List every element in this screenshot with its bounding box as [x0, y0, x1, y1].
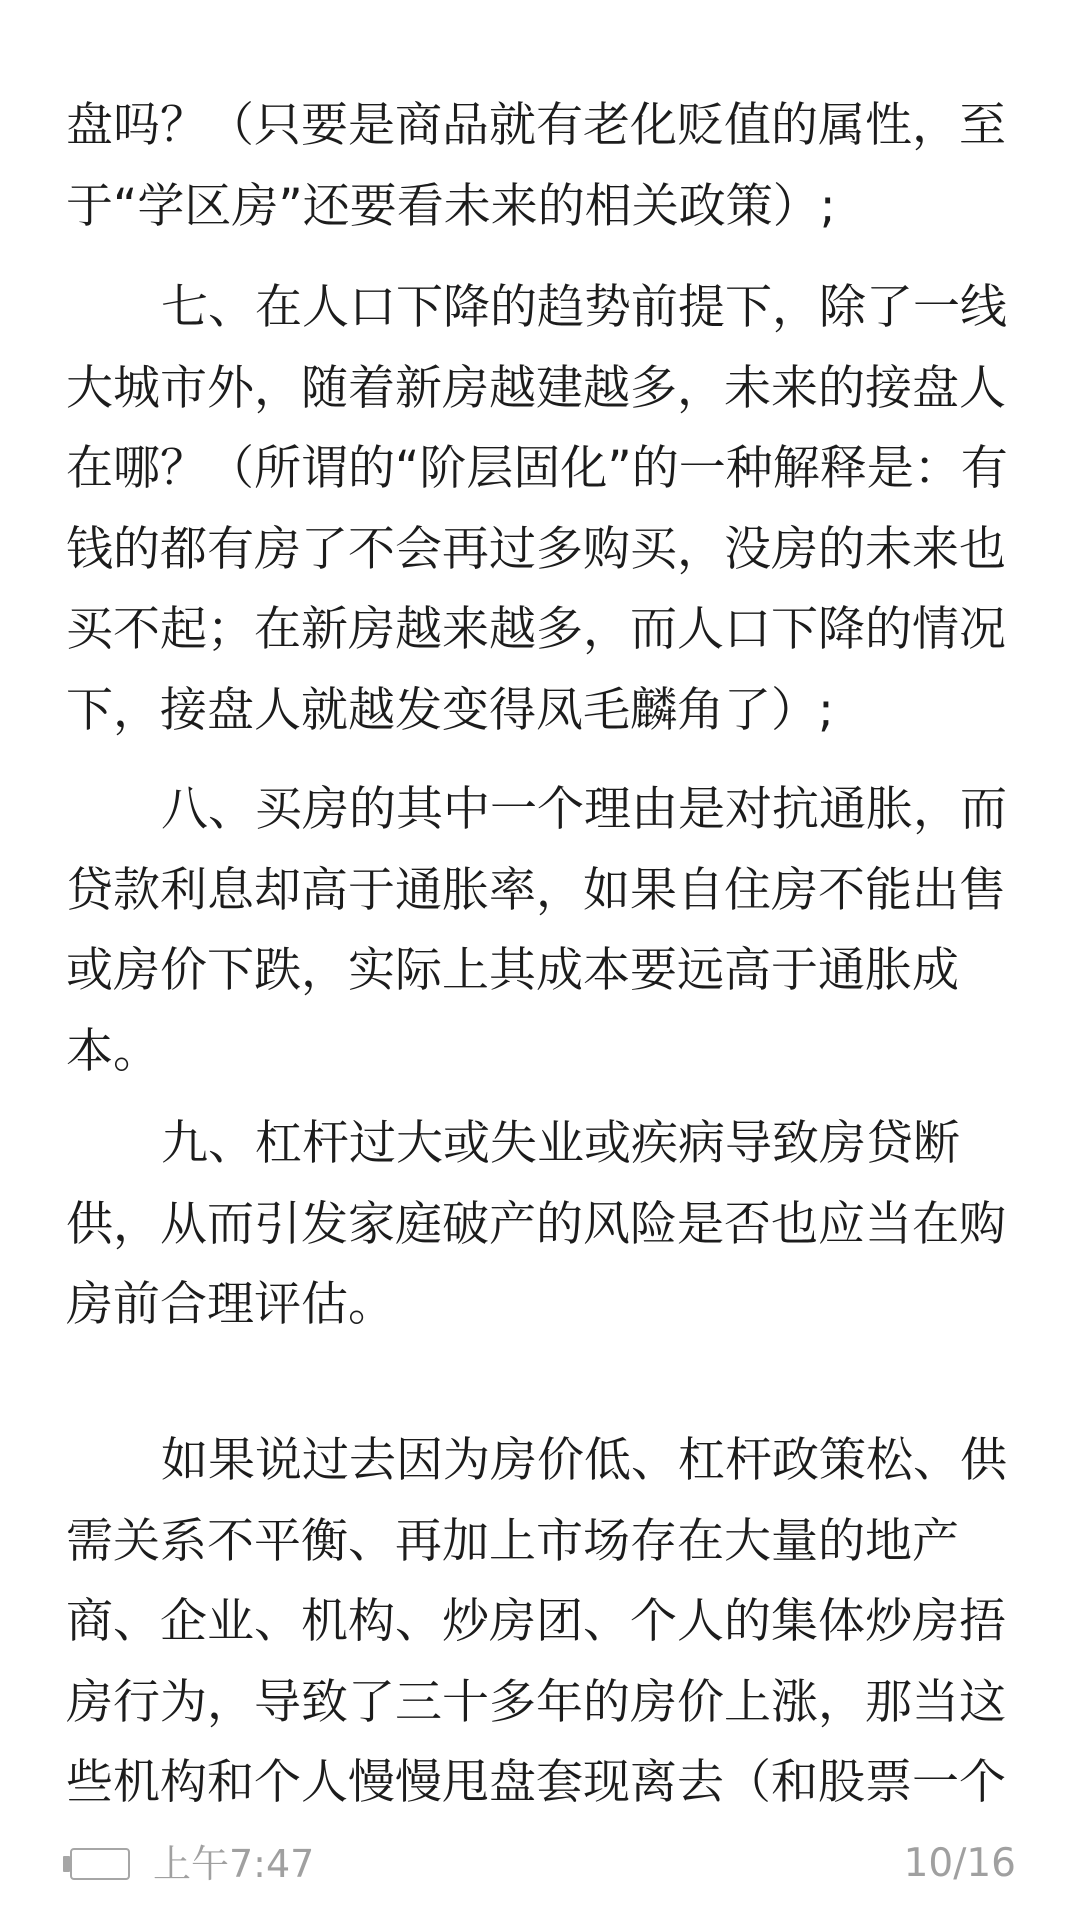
text-line: 八、买房的其中一个理由是对抗通胀，而 — [66, 770, 1026, 851]
text-line: 盘吗？（只要是商品就有老化贬值的属性，至 — [66, 86, 1026, 167]
text-line: 七、在人口下降的趋势前提下，除了一线 — [66, 268, 1026, 349]
text-line: 贷款利息却高于通胀率，如果自住房不能出售 — [66, 851, 1026, 932]
text-line: 在哪？（所谓的“阶层固化”的一种解释是：有 — [66, 429, 1026, 510]
text-line: 或房价下跌，实际上其成本要远高于通胀成 — [66, 931, 1026, 1012]
text-line: 房前合理评估。 — [66, 1265, 1026, 1346]
text-line: 需关系不平衡、再加上市场存在大量的地产 — [66, 1502, 1026, 1583]
clock-time: 上午7:47 — [153, 1840, 314, 1888]
text-line: 房行为，导致了三十多年的房价上涨，那当这 — [66, 1663, 1026, 1744]
text-line: 钱的都有房了不会再过多购买，没房的未来也 — [66, 510, 1026, 591]
paragraph-continuation: 盘吗？（只要是商品就有老化贬值的属性，至 于“学区房”还要看未来的相关政策）; — [66, 86, 1026, 247]
reader-footer: 上午7:47 10/16 — [0, 1838, 1080, 1890]
text-line: 本。 — [66, 1012, 1026, 1093]
ebook-reader-page[interactable]: 盘吗？（只要是商品就有老化贬值的属性，至 于“学区房”还要看未来的相关政策）; … — [0, 0, 1080, 1920]
battery-nub — [63, 1856, 70, 1872]
paragraph-conclusion: 如果说过去因为房价低、杠杆政策松、供 需关系不平衡、再加上市场存在大量的地产 商… — [66, 1421, 1026, 1824]
text-line: 下，接盘人就越发变得凤毛麟角了）; — [66, 671, 1026, 752]
text-line: 些机构和个人慢慢甩盘套现离去（和股票一个 — [66, 1743, 1026, 1824]
text-line: 大城市外，随着新房越建越多，未来的接盘人 — [66, 349, 1026, 430]
paragraph-point-9: 九、杠杆过大或失业或疾病导致房贷断 供，从而引发家庭破产的风险是否也应当在购 房… — [66, 1104, 1026, 1346]
paragraph-point-8: 八、买房的其中一个理由是对抗通胀，而 贷款利息却高于通胀率，如果自住房不能出售 … — [66, 770, 1026, 1092]
page-indicator: 10/16 — [904, 1840, 1016, 1888]
battery-icon — [63, 1848, 130, 1880]
text-line: 于“学区房”还要看未来的相关政策）; — [66, 167, 1026, 248]
text-line: 商、企业、机构、炒房团、个人的集体炒房捂 — [66, 1582, 1026, 1663]
battery-body — [70, 1848, 130, 1880]
text-line: 买不起；在新房越来越多，而人口下降的情况 — [66, 590, 1026, 671]
text-line: 九、杠杆过大或失业或疾病导致房贷断 — [66, 1104, 1026, 1185]
text-line: 如果说过去因为房价低、杠杆政策松、供 — [66, 1421, 1026, 1502]
text-line: 供，从而引发家庭破产的风险是否也应当在购 — [66, 1185, 1026, 1266]
paragraph-point-7: 七、在人口下降的趋势前提下，除了一线 大城市外，随着新房越建越多，未来的接盘人 … — [66, 268, 1026, 751]
